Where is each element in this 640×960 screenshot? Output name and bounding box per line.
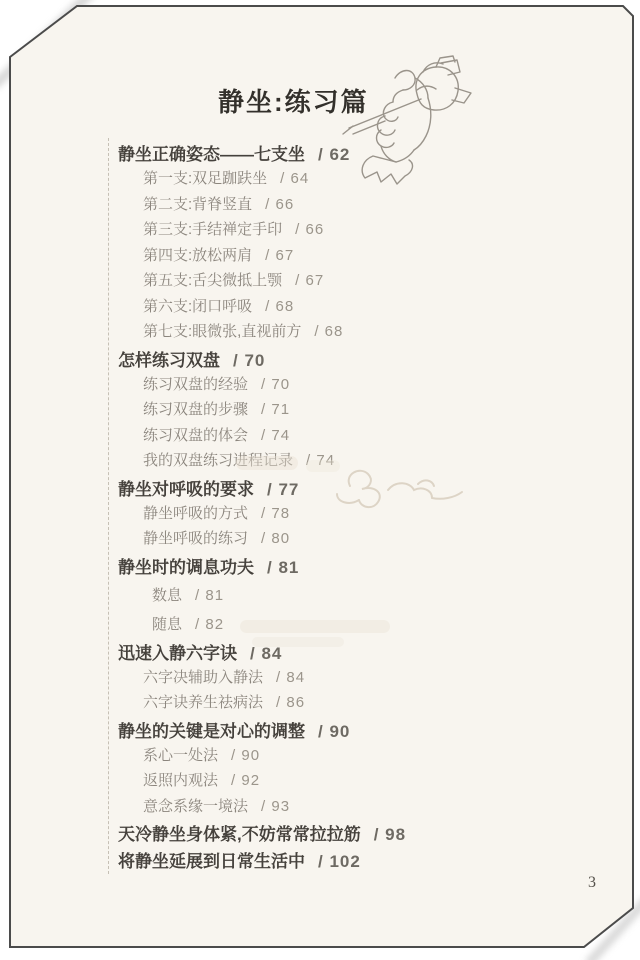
toc-item-page: / 67 — [295, 272, 324, 289]
toc-item-page: / 82 — [195, 616, 224, 633]
toc-item-page: / 64 — [280, 170, 309, 187]
toc-item: 第三支:手结禅定手印 / 66 — [118, 218, 588, 244]
toc-item-label: 练习双盘的步骤 — [143, 398, 248, 419]
toc-item-label: 随息 — [152, 613, 182, 634]
toc-item-label: 天冷静坐身体紧,不妨常常拉拉筋 — [118, 820, 361, 845]
book-page-photo: 静坐:练习篇 — [0, 0, 640, 960]
toc-item: 将静坐延展到日常生活中 / 102 — [118, 847, 588, 874]
toc-item: 意念系缘一境法 / 93 — [118, 795, 588, 821]
toc-item-label: 数息 — [152, 584, 182, 605]
toc-item-page: / 86 — [276, 694, 305, 711]
toc-item-page: / 66 — [265, 196, 294, 213]
toc-item-label: 系心一处法 — [143, 744, 218, 765]
toc-item-label: 迅速入静六字诀 — [118, 639, 237, 664]
toc-item-page: / 81 — [195, 587, 224, 604]
toc-item-label: 静坐的关键是对心的调整 — [118, 717, 305, 742]
toc-item-page: / 67 — [265, 247, 294, 264]
cloud-watermark-icon — [228, 448, 483, 512]
toc-item: 静坐正确姿态——七支坐 / 62 — [118, 140, 588, 167]
toc-item-page: / 80 — [261, 530, 290, 547]
toc-item: 第四支:放松两肩 / 67 — [118, 244, 588, 270]
toc-item-page: / 68 — [314, 323, 343, 340]
toc-item: 怎样练习双盘 / 70 — [118, 346, 588, 373]
toc-item-page: / 102 — [318, 852, 361, 872]
toc-item-label: 静坐呼吸的练习 — [143, 527, 248, 548]
toc-item: 天冷静坐身体紧,不妨常常拉拉筋 / 98 — [118, 820, 588, 847]
toc-item: 静坐呼吸的练习 / 80 — [118, 527, 588, 553]
toc-item-label: 第三支:手结禅定手印 — [143, 218, 282, 239]
toc-item-label: 返照内观法 — [143, 769, 218, 790]
toc-item-page: / 74 — [261, 427, 290, 444]
toc-item: 第五支:舌尖微抵上颚 / 67 — [118, 269, 588, 295]
toc-item-page: / 70 — [233, 351, 265, 371]
toc-item: 第七支:眼微张,直视前方 / 68 — [118, 320, 588, 346]
toc-item-label: 第二支:背脊竖直 — [143, 193, 252, 214]
toc-item: 第二支:背脊竖直 / 66 — [118, 193, 588, 219]
toc-item-page: / 62 — [318, 145, 350, 165]
toc-item-label: 静坐正确姿态——七支坐 — [118, 140, 305, 165]
toc-item: 第六支:闭口呼吸 / 68 — [118, 295, 588, 321]
toc-item-page: / 66 — [295, 221, 324, 238]
toc-item: 静坐的关键是对心的调整 / 90 — [118, 717, 588, 744]
toc-item-label: 练习双盘的经验 — [143, 373, 248, 394]
toc-item-label: 静坐时的调息功夫 — [118, 553, 254, 578]
faint-watermark-smudge — [252, 637, 344, 647]
toc-item-label: 六字决辅助入静法 — [143, 666, 263, 687]
toc-item-label: 怎样练习双盘 — [118, 346, 220, 371]
toc-item: 练习双盘的步骤 / 71 — [118, 398, 588, 424]
page-number: 3 — [588, 874, 596, 892]
toc-item: 返照内观法 / 92 — [118, 769, 588, 795]
toc-item-label: 练习双盘的体会 — [143, 424, 248, 445]
toc-item-page: / 93 — [261, 798, 290, 815]
toc-item-label: 第一支:双足跏趺坐 — [143, 167, 267, 188]
toc-item: 迅速入静六字诀 / 84 — [118, 639, 588, 666]
toc-left-rule — [108, 138, 109, 874]
toc-item-page: / 98 — [374, 825, 406, 845]
toc-item: 第一支:双足跏趺坐 / 64 — [118, 167, 588, 193]
toc-item-page: / 92 — [231, 772, 260, 789]
toc-item-label: 将静坐延展到日常生活中 — [118, 847, 305, 872]
toc-item-page: / 70 — [261, 376, 290, 393]
faint-watermark-smudge — [240, 620, 390, 633]
toc-item: 系心一处法 / 90 — [118, 744, 588, 770]
toc-item: 数息 / 81 — [118, 584, 588, 610]
toc-item-page: / 84 — [276, 669, 305, 686]
toc-item-label: 第四支:放松两肩 — [143, 244, 252, 265]
toc-item-label: 六字诀养生祛病法 — [143, 691, 263, 712]
toc-item-label: 第六支:闭口呼吸 — [143, 295, 252, 316]
toc-item-label: 意念系缘一境法 — [143, 795, 248, 816]
toc-item: 六字决辅助入静法 / 84 — [118, 666, 588, 692]
toc-item-page: / 71 — [261, 401, 290, 418]
toc-item: 六字诀养生祛病法 / 86 — [118, 691, 588, 717]
toc-item-page: / 81 — [267, 558, 299, 578]
toc-item: 静坐时的调息功夫 / 81 — [118, 553, 588, 580]
toc-item-label: 第七支:眼微张,直视前方 — [143, 320, 301, 341]
toc-item-page: / 90 — [231, 747, 260, 764]
toc-item: 练习双盘的经验 / 70 — [118, 373, 588, 399]
toc-item: 练习双盘的体会 / 74 — [118, 424, 588, 450]
toc-item-label: 第五支:舌尖微抵上颚 — [143, 269, 282, 290]
toc-item-page: / 90 — [318, 722, 350, 742]
toc-item-page: / 68 — [265, 298, 294, 315]
